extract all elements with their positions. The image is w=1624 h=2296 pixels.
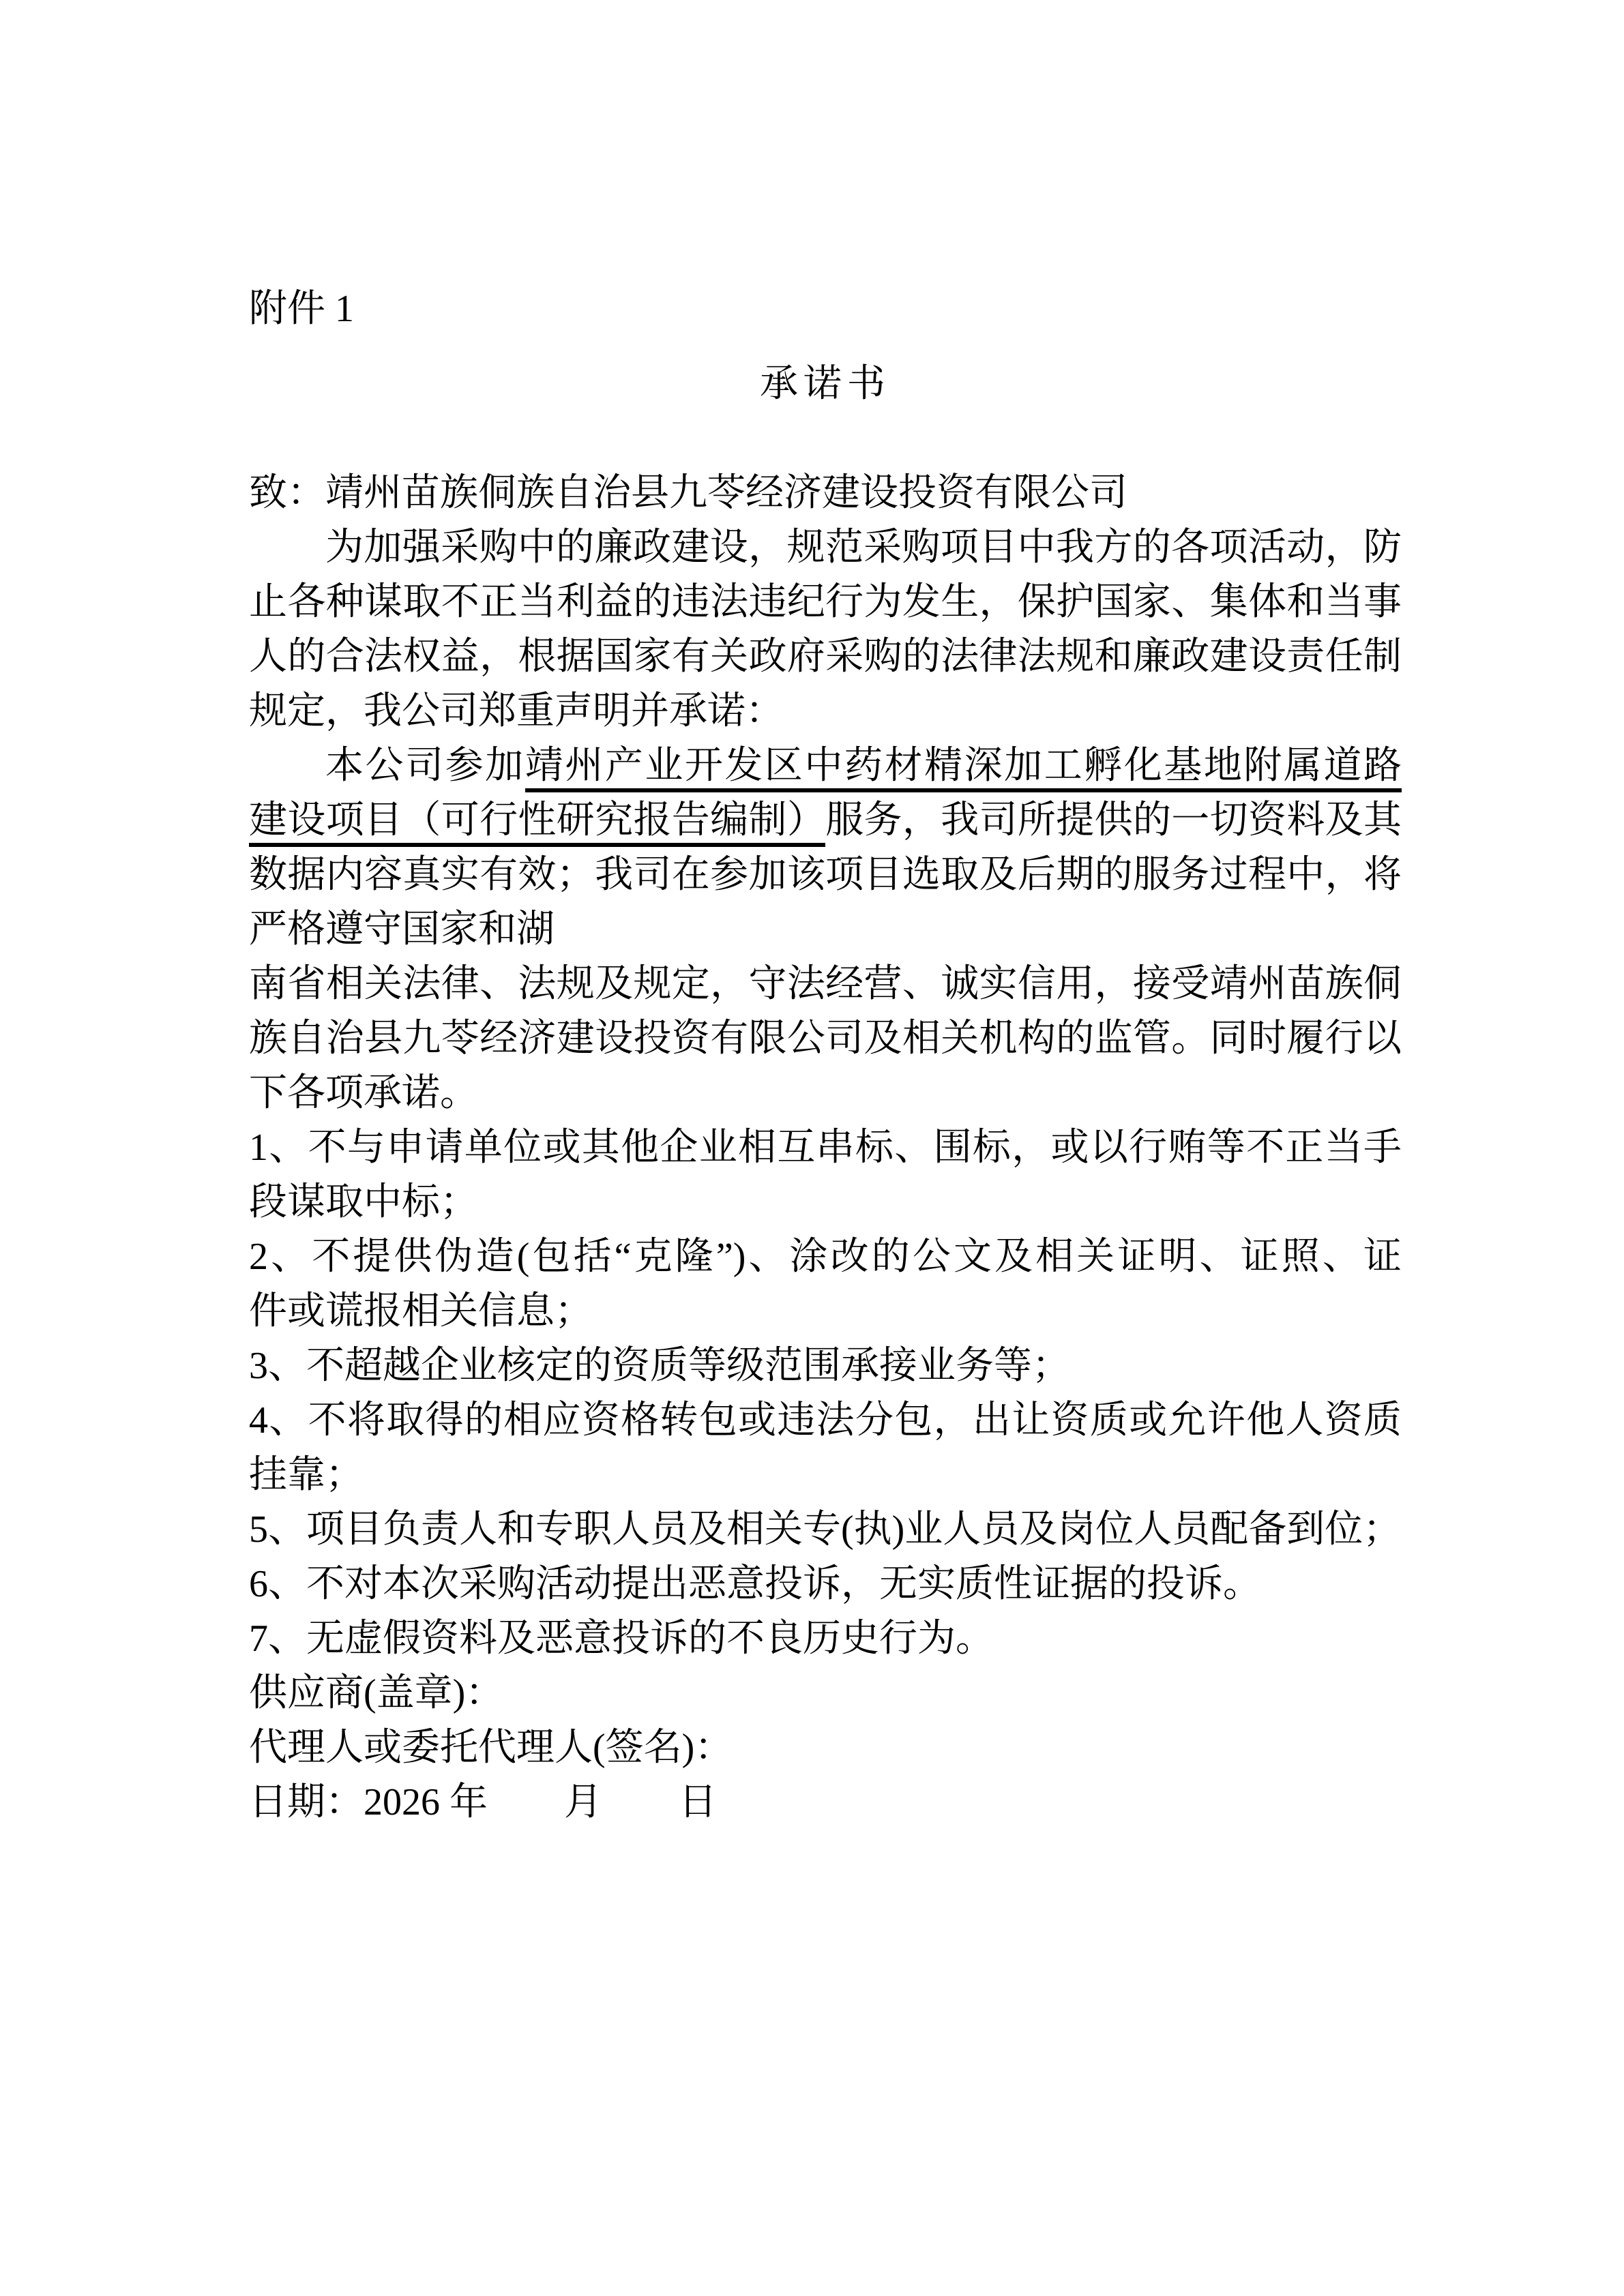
project-line-1: 本公司参加靖州产业开发区中药材精深加工孵化基地附属道路 (249, 739, 1402, 793)
text-segment: 本公司参加 (325, 745, 525, 787)
text-segment: 致：靖州苗族侗族自治县九苓经济建设投资有限公司 (249, 472, 1127, 514)
blank-line (249, 411, 1402, 466)
item-5-line-1: 5、项目负责人和专职人员及相关专(执)业人员及岗位人员配备到位； (249, 1502, 1402, 1557)
text-segment: 数据内容真实有效；我司在参加该项目选取及后期的服务过程中，将 (249, 854, 1402, 896)
text-segment: 挂靠； (249, 1454, 364, 1496)
document-title: 承诺书 (249, 357, 1402, 411)
underlined-segment: 靖州产业开发区中药材精深加工孵化基地附属道路 (525, 745, 1402, 792)
item-4-line-2: 挂靠； (249, 1448, 1402, 1502)
item-3-line-1: 3、不超越企业核定的资质等级范围承接业务等； (249, 1339, 1402, 1393)
text-segment: 止各种谋取不正当利益的违法违纪行为发生，保护国家、集体和当事 (249, 581, 1402, 623)
item-2-line-2: 件或谎报相关信息； (249, 1284, 1402, 1339)
text-segment: 2、不提供伪造(包括“克隆”)、涂改的公文及相关证明、证照、证 (249, 1236, 1402, 1278)
text-segment: 件或谎报相关信息； (249, 1290, 593, 1332)
agent-signature-line: 代理人或委托代理人(签名)： (249, 1720, 1402, 1775)
item-6-line-1: 6、不对本次采购活动提出恶意投诉，无实质性证据的投诉。 (249, 1557, 1402, 1611)
item-1-line-1: 1、不与申请单位或其他企业相互串标、围标，或以行贿等不正当手 (249, 1120, 1402, 1175)
text-segment: 5、项目负责人和专职人员及相关专(执)业人员及岗位人员配备到位； (249, 1508, 1401, 1551)
supplier-seal-line: 供应商(盖章)： (249, 1666, 1402, 1720)
text-segment: 下各项承诺。 (249, 1072, 478, 1114)
date-line: 日期：2026 年 月 日 (249, 1775, 1402, 1830)
text-segment: 供应商(盖章)： (249, 1672, 503, 1714)
intro-line-3: 人的合法权益，根据国家有关政府采购的法律法规和廉政建设责任制 (249, 629, 1402, 684)
text-segment: 3、不超越企业核定的资质等级范围承接业务等； (249, 1345, 1070, 1387)
compliance-line-3: 下各项承诺。 (249, 1066, 1402, 1120)
project-line-2: 建设项目（可行性研究报告编制）服务，我司所提供的一切资料及其 (249, 793, 1402, 848)
document-content: 附件 1 承诺书 致：靖州苗族侗族自治县九苓经济建设投资有限公司为加强采购中的廉… (249, 282, 1402, 1830)
compliance-line-2: 族自治县九苓经济建设投资有限公司及相关机构的监管。同时履行以 (249, 1011, 1402, 1066)
text-segment: 规定，我公司郑重声明并承诺： (249, 690, 784, 732)
text-segment: 日期：2026 年 月 日 (249, 1781, 717, 1823)
underlined-segment: 建设项目（可行性研究报告编制） (249, 799, 825, 847)
text-segment: 严格遵守国家和湖 (249, 908, 555, 951)
item-1-line-2: 段谋取中标； (249, 1175, 1402, 1229)
item-7-line-1: 7、无虚假资料及恶意投诉的不良历史行为。 (249, 1611, 1402, 1666)
intro-line-2: 止各种谋取不正当利益的违法违纪行为发生，保护国家、集体和当事 (249, 575, 1402, 629)
attachment-label: 附件 1 (249, 282, 1402, 336)
compliance-line-1: 南省相关法律、法规及规定，守法经营、诚实信用，接受靖州苗族侗 (249, 957, 1402, 1011)
document-page: 附件 1 承诺书 致：靖州苗族侗族自治县九苓经济建设投资有限公司为加强采购中的廉… (0, 0, 1624, 2296)
project-line-4: 严格遵守国家和湖 (249, 902, 1402, 957)
intro-line-4: 规定，我公司郑重声明并承诺： (249, 684, 1402, 739)
salutation-line: 致：靖州苗族侗族自治县九苓经济建设投资有限公司 (249, 466, 1402, 520)
text-segment: 代理人或委托代理人(签名)： (249, 1727, 733, 1769)
text-segment: 族自治县九苓经济建设投资有限公司及相关机构的监管。同时履行以 (249, 1017, 1402, 1060)
text-segment: 人的合法权益，根据国家有关政府采购的法律法规和廉政建设责任制 (249, 636, 1402, 678)
item-4-line-1: 4、不将取得的相应资格转包或违法分包，出让资质或允许他人资质 (249, 1393, 1402, 1448)
text-segment: 南省相关法律、法规及规定，守法经营、诚实信用，接受靖州苗族侗 (249, 963, 1402, 1005)
text-segment: 1、不与申请单位或其他企业相互串标、围标，或以行贿等不正当手 (249, 1127, 1402, 1169)
intro-line-1: 为加强采购中的廉政建设，规范采购项目中我方的各项活动，防 (249, 520, 1402, 575)
item-2-line-1: 2、不提供伪造(包括“克隆”)、涂改的公文及相关证明、证照、证 (249, 1229, 1402, 1284)
project-line-3: 数据内容真实有效；我司在参加该项目选取及后期的服务过程中，将 (249, 848, 1402, 902)
text-segment: 为加强采购中的廉政建设，规范采购项目中我方的各项活动，防 (325, 526, 1402, 569)
text-segment: 6、不对本次采购活动提出恶意投诉，无实质性证据的投诉。 (249, 1563, 1261, 1605)
text-segment: 段谋取中标； (249, 1181, 478, 1223)
document-body: 致：靖州苗族侗族自治县九苓经济建设投资有限公司为加强采购中的廉政建设，规范采购项… (249, 466, 1402, 1830)
text-segment: 7、无虚假资料及恶意投诉的不良历史行为。 (249, 1617, 994, 1660)
text-segment: 服务，我司所提供的一切资料及其 (825, 799, 1402, 841)
text-segment: 4、不将取得的相应资格转包或违法分包，出让资质或允许他人资质 (249, 1399, 1402, 1442)
